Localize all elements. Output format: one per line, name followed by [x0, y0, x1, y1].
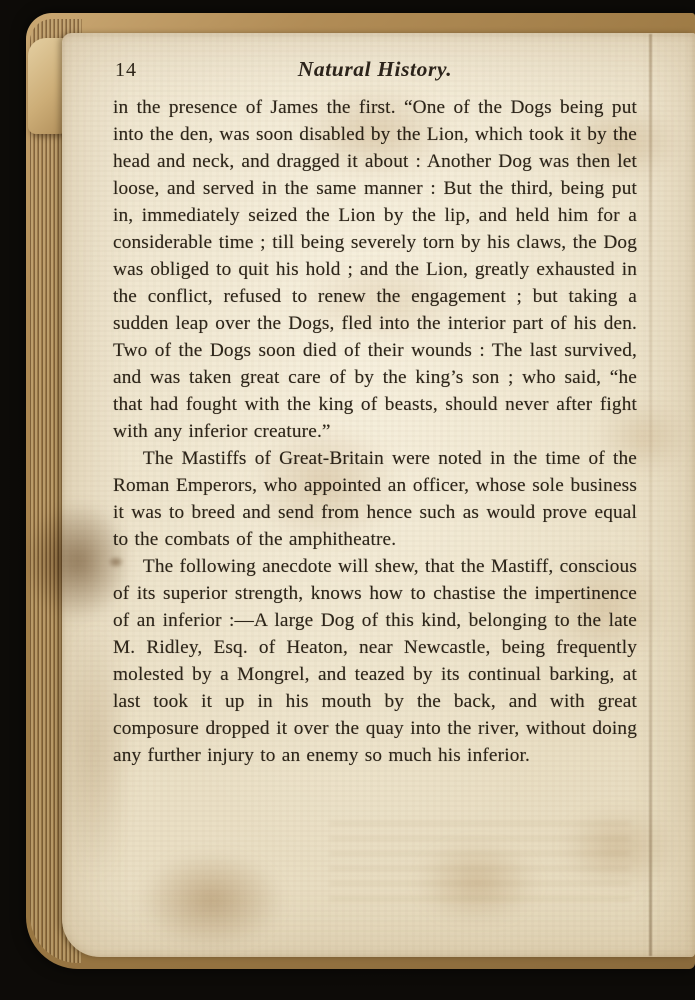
paragraph-lion-anecdote: in the presence of James the first. “One… [113, 94, 637, 445]
page-content: 14 Natural History. in the presence of J… [62, 33, 695, 769]
ink-showthrough [330, 822, 630, 908]
page-header: 14 Natural History. [113, 57, 637, 87]
paragraph-ridley-anecdote: The following anecdote will shew, that t… [113, 553, 637, 769]
running-title: Natural History. [113, 57, 637, 82]
paragraph-mastiffs-britain: The Mastiffs of Great-Britain were noted… [113, 445, 637, 553]
page-crease [649, 34, 652, 956]
scanned-book-photograph: 14 Natural History. in the presence of J… [0, 0, 695, 1000]
page-number: 14 [115, 59, 137, 82]
